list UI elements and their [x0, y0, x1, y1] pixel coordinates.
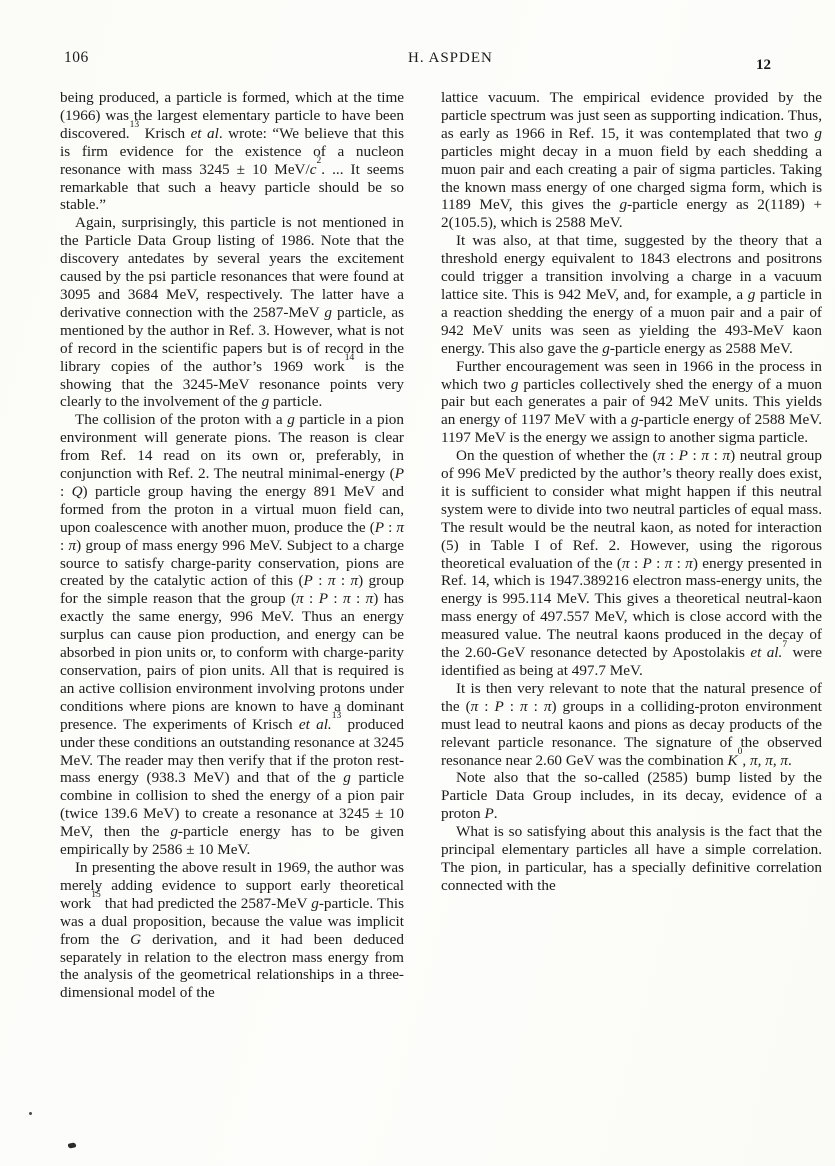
text-run: : — [665, 447, 678, 464]
text-run: g — [311, 895, 319, 912]
text-run: On the question of whether the ( — [456, 447, 658, 464]
scan-artifact-dot — [29, 1112, 32, 1115]
text-run: Note also that the so-called (2585) bump… — [441, 769, 822, 822]
text-run: g — [343, 769, 351, 786]
text-run: P — [494, 698, 503, 715]
text-run: π — [69, 537, 77, 554]
text-run: g — [170, 823, 178, 840]
text-run: particle. — [269, 393, 322, 410]
text-run: P — [679, 447, 688, 464]
text-run: The collision of the proton with a — [75, 411, 287, 428]
running-title: H. ASPDEN — [408, 50, 493, 67]
text-run: ) has exactly the same energy, 996 MeV. … — [60, 590, 404, 732]
text-run: P — [304, 572, 313, 589]
paragraph: On the question of whether the (π : P : … — [441, 447, 822, 680]
text-run: π — [765, 752, 773, 769]
paragraph: It was also, at that time, suggested by … — [441, 232, 822, 357]
paragraph: The collision of the proton with a g par… — [60, 411, 404, 859]
text-run: π — [701, 447, 709, 464]
footnote-reference: 7 — [782, 640, 787, 650]
scanned-paper-page: 106 H. ASPDEN 12 being produced, a parti… — [0, 0, 835, 1166]
paragraph: Note also that the so-called (2585) bump… — [441, 769, 822, 823]
text-run: . — [494, 805, 498, 822]
text-run: P — [375, 519, 384, 536]
text-run: , — [742, 752, 750, 769]
footnote-reference: 13 — [130, 120, 140, 130]
text-run: g — [602, 340, 610, 357]
paragraph: Again, surprisingly, this particle is no… — [60, 214, 404, 411]
footnote-reference: 13 — [332, 711, 342, 721]
paragraph: Further encouragement was seen in 1966 i… — [441, 358, 822, 448]
footnote-reference: 0 — [738, 747, 743, 757]
footnote-reference: 2 — [317, 156, 322, 166]
text-run: g — [631, 411, 639, 428]
text-run: P — [319, 590, 328, 607]
text-column-left: being produced, a particle is formed, wh… — [60, 89, 404, 1002]
text-run: c — [310, 161, 317, 178]
text-run: : — [504, 698, 520, 715]
text-run: : — [652, 555, 665, 572]
text-run: P — [643, 555, 652, 572]
text-run: π — [296, 590, 304, 607]
text-run: g — [324, 304, 332, 321]
text-run: g — [620, 196, 628, 213]
text-run: K — [728, 752, 738, 769]
footnote-reference: 15 — [91, 890, 101, 900]
text-run: π — [658, 447, 666, 464]
text-run: : — [709, 447, 722, 464]
text-run: that had predicted the 2587-MeV — [101, 895, 312, 912]
text-run: : — [528, 698, 544, 715]
text-run: π — [622, 555, 630, 572]
paragraph: What is so satisfying about this analysi… — [441, 823, 822, 895]
text-run: et al — [191, 125, 219, 142]
text-run: : — [630, 555, 643, 572]
text-run: : — [60, 483, 72, 500]
text-run: et al. — [750, 644, 782, 661]
paragraph: It is then very relevant to note that th… — [441, 680, 822, 770]
text-run: : — [688, 447, 701, 464]
page-number-right: 12 — [756, 57, 771, 74]
text-run: π — [780, 752, 788, 769]
text-run: lattice vacuum. The empirical evidence p… — [441, 89, 822, 142]
paragraph: In presenting the above result in 1969, … — [60, 859, 404, 1002]
text-run: : — [335, 572, 350, 589]
text-run: et al. — [299, 716, 332, 733]
text-run: P — [484, 805, 493, 822]
text-run: . — [788, 752, 792, 769]
footnote-reference: 14 — [345, 353, 355, 363]
text-run: : — [478, 698, 494, 715]
text-run: g — [287, 411, 295, 428]
text-run: P — [395, 465, 404, 482]
text-run: π — [722, 447, 730, 464]
text-run: ) particle group having the energy 891 M… — [60, 483, 404, 536]
page-number-left: 106 — [64, 49, 89, 67]
paragraph: being produced, a particle is formed, wh… — [60, 89, 404, 214]
text-run: : — [351, 590, 366, 607]
text-run: : — [60, 537, 69, 554]
text-run: G — [130, 931, 141, 948]
text-run: : — [672, 555, 685, 572]
text-run: -particle energy as 2588 MeV. — [610, 340, 793, 357]
text-run: : — [313, 572, 328, 589]
text-run: π — [685, 555, 693, 572]
text-run: π — [343, 590, 351, 607]
text-run: π — [350, 572, 358, 589]
text-run: : — [304, 590, 319, 607]
paragraph: lattice vacuum. The empirical evidence p… — [441, 89, 822, 232]
text-run: π — [396, 519, 404, 536]
text-run: Q — [72, 483, 83, 500]
text-column-right: lattice vacuum. The empirical evidence p… — [441, 89, 822, 895]
text-run: : — [328, 590, 343, 607]
scan-artifact-smudge — [68, 1142, 77, 1149]
text-run: What is so satisfying about this analysi… — [441, 823, 822, 894]
text-run: : — [384, 519, 396, 536]
text-run: Krisch — [139, 125, 190, 142]
text-run: π — [520, 698, 528, 715]
text-run: g — [814, 125, 822, 142]
text-run: π — [750, 752, 758, 769]
text-run: ) neutral group of 996 MeV predicted by … — [441, 447, 822, 571]
